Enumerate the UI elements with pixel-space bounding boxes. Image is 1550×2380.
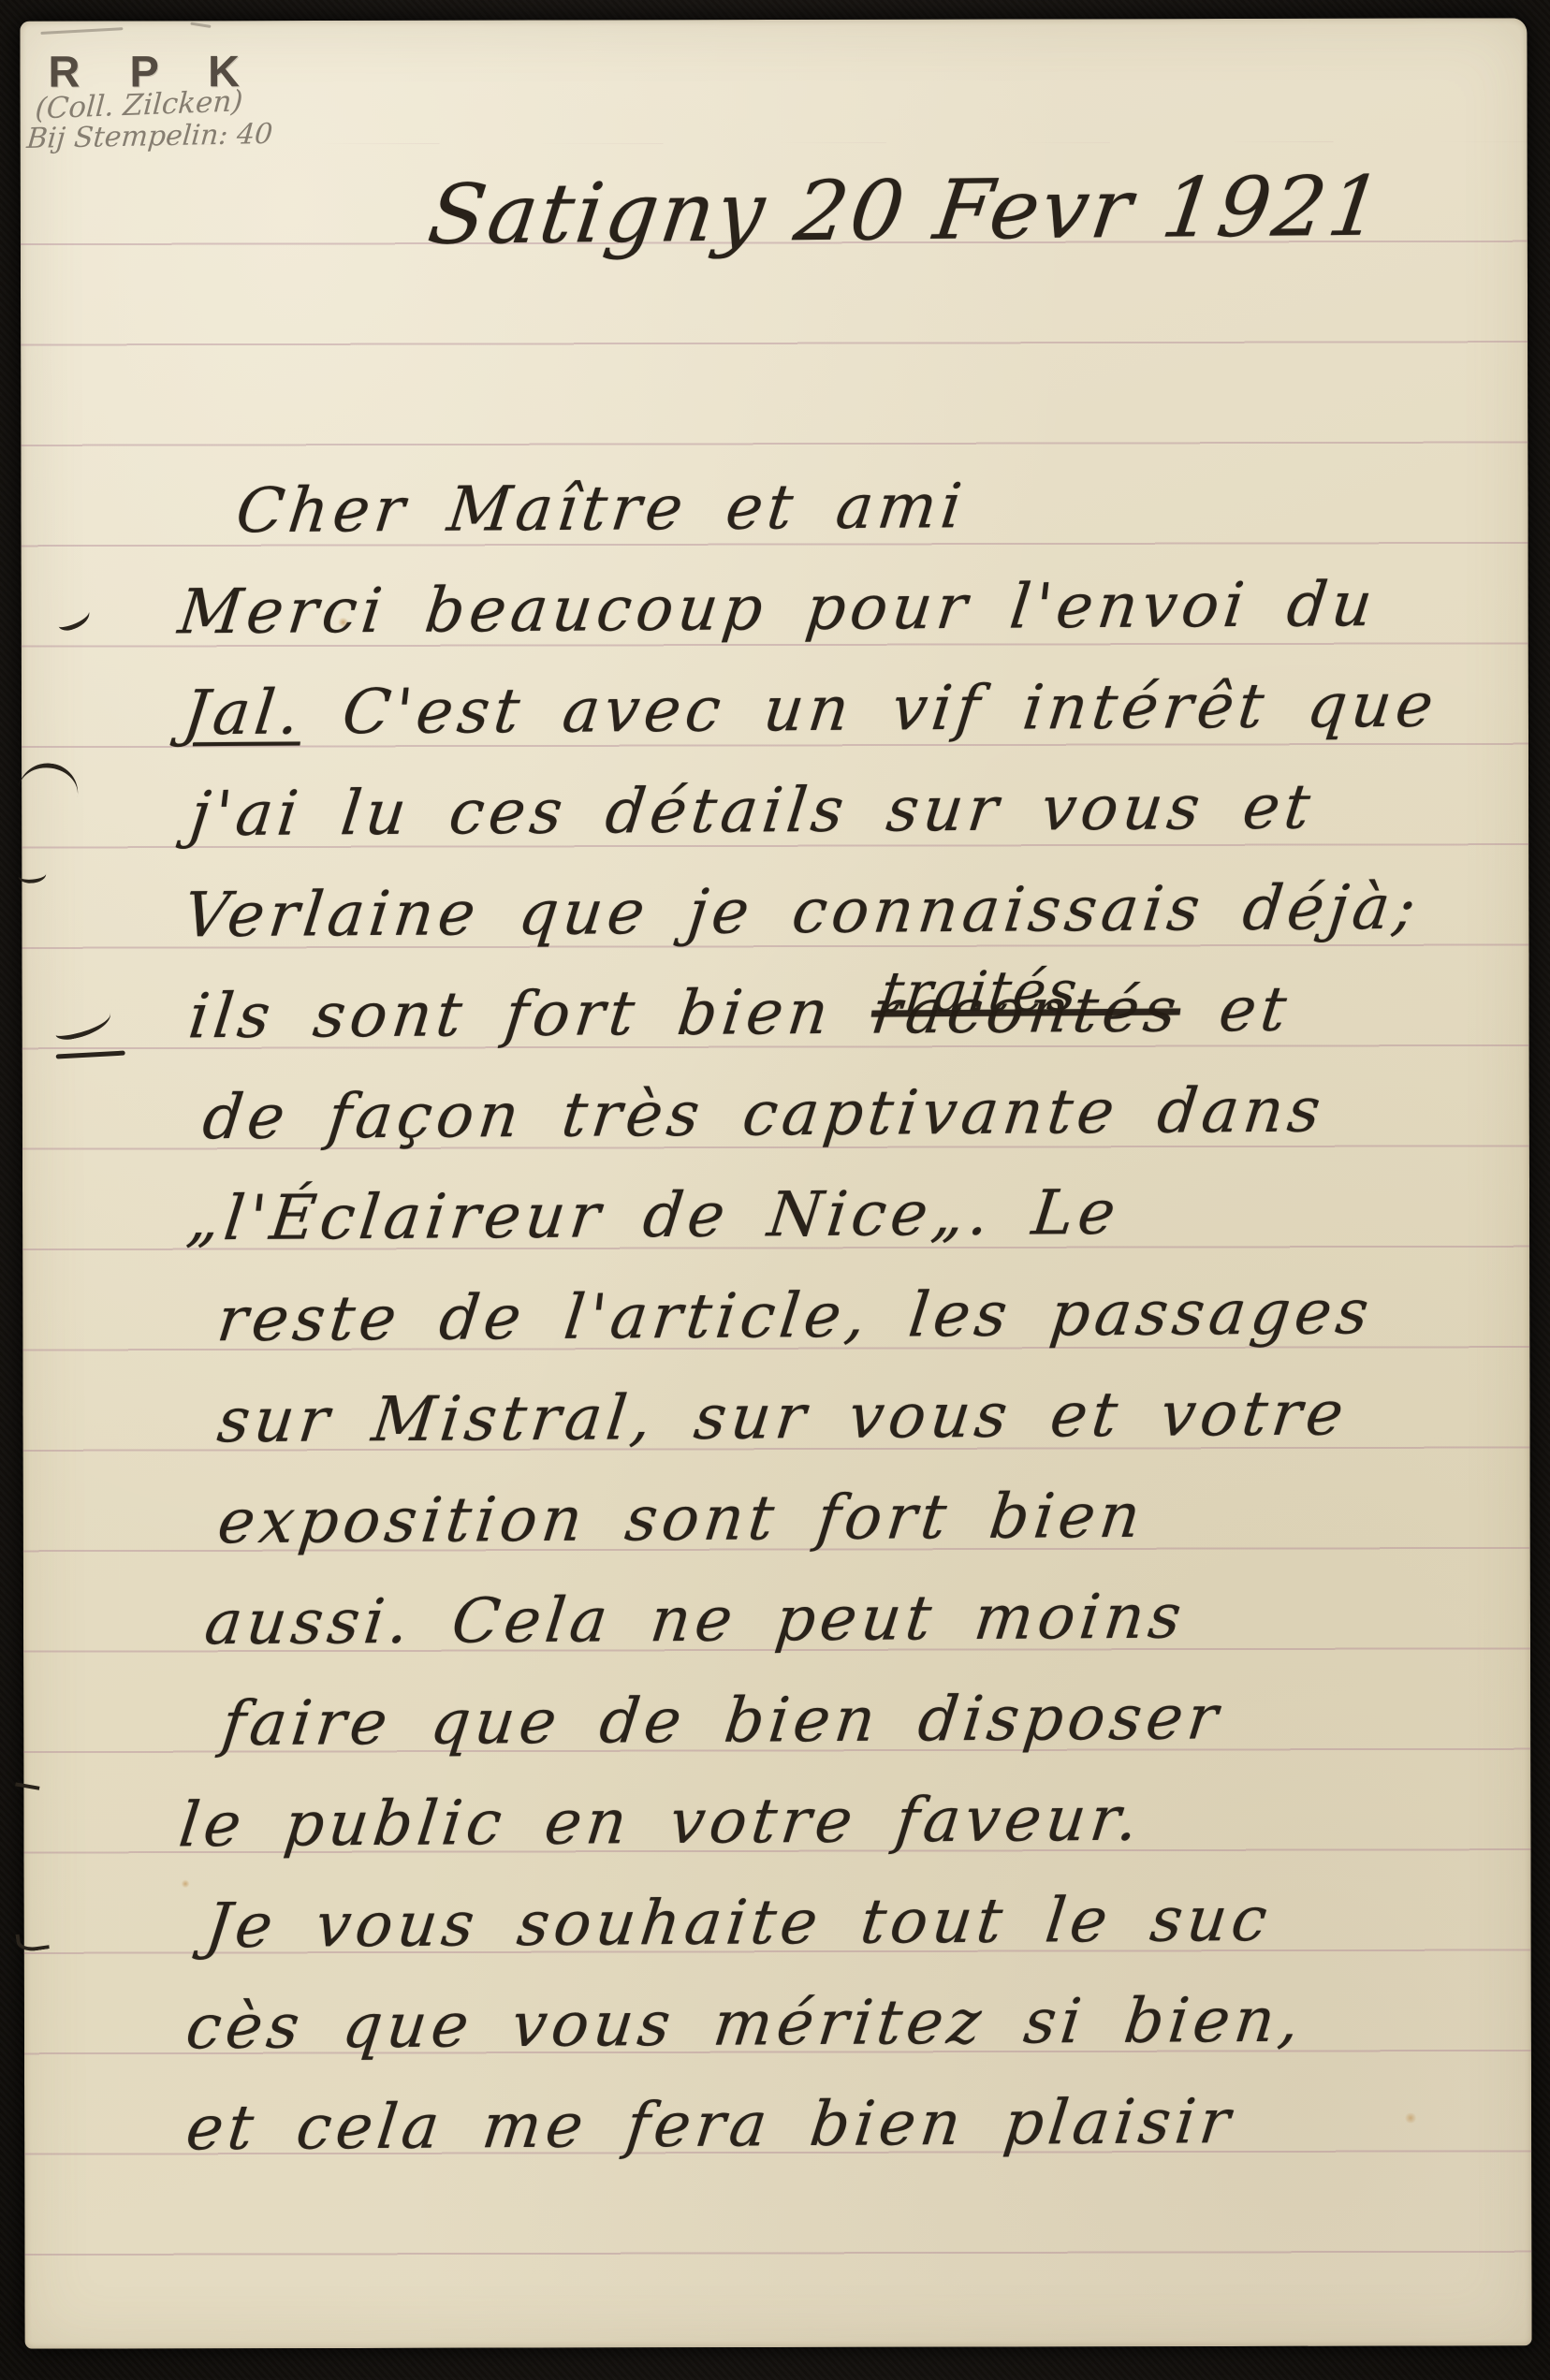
margin-ink-mark <box>54 604 93 634</box>
letter-text-segment: Je vous souhaite tout le suc <box>202 1883 1276 1962</box>
letter-line: Verlaine que je connaissais déjà; <box>180 871 1424 952</box>
letter-body: Cher Maître et amiMerci beaucoup pour l'… <box>171 18 1543 2348</box>
letter-text-segment: sur Mistral, sur vous et votre <box>214 1377 1353 1456</box>
letter-line: ils sont fort bien racontéstraités et <box>185 973 1295 1053</box>
letter-text-segment: et cela me fera bien plaisir <box>183 2085 1238 2164</box>
letter-line: le public en votre faveur. <box>176 1783 1147 1862</box>
pencil-stroke <box>40 27 123 35</box>
margin-ink-mark <box>56 1051 125 1059</box>
letter-text-segment: exposition sont fort bien <box>214 1480 1148 1557</box>
margin-ink-mark <box>18 865 47 884</box>
letter-text-segment: Merci beaucoup pour l'envoi du <box>175 568 1381 648</box>
foxing-spot <box>1404 2113 1417 2124</box>
margin-ink-mark <box>18 759 81 799</box>
letter-line: Merci beaucoup pour l'envoi du <box>175 568 1381 648</box>
letter-line: „l'Éclaireur de Nice„. Le <box>183 1176 1123 1254</box>
letter-text-segment: ils sont fort bien <box>185 976 876 1053</box>
underlined-word: Jal. <box>180 676 308 749</box>
margin-ink-mark <box>15 1930 49 1953</box>
letter-line: cès que vous méritez si bien, <box>183 1984 1308 2064</box>
letter-text-segment: le public en votre faveur. <box>176 1783 1147 1862</box>
letter-text-segment: faire que de bien disposer <box>218 1681 1226 1759</box>
margin-ink-mark <box>51 1005 113 1042</box>
foxing-spot <box>338 618 349 627</box>
foxing-spot <box>182 1879 190 1888</box>
letter-line: reste de l'article, les passages <box>213 1276 1377 1355</box>
letter-text-segment: reste de l'article, les passages <box>213 1276 1377 1355</box>
letter-text-segment: C'est avec un vif intérêt que <box>300 669 1441 749</box>
letter-text-segment: et <box>1177 973 1295 1046</box>
margin-ink-mark <box>15 1772 41 1790</box>
photo-background: R P K (Coll. Zilcken) Bij Stempelin: 40 … <box>0 0 1550 2380</box>
letter-line: exposition sont fort bien <box>214 1480 1148 1557</box>
letter-page: R P K (Coll. Zilcken) Bij Stempelin: 40 … <box>20 18 1531 2348</box>
letter-text-segment: j'ai lu ces détails sur vous et <box>186 771 1318 851</box>
letter-text-segment: cès que vous méritez si bien, <box>183 1984 1308 2064</box>
letter-text-segment: „l'Éclaireur de Nice„. Le <box>183 1176 1123 1254</box>
struck-out-word: racontéstraités <box>868 973 1185 1047</box>
letter-text-segment: de façon très captivante dans <box>199 1074 1329 1154</box>
letter-line: Jal. C'est avec un vif intérêt que <box>180 669 1441 750</box>
letter-text-segment: Verlaine que je connaissais déjà; <box>180 871 1424 952</box>
letter-line: Je vous souhaite tout le suc <box>202 1883 1276 1962</box>
letter-line: faire que de bien disposer <box>218 1681 1226 1759</box>
letter-salutation: Cher Maître et ami <box>233 470 971 547</box>
letter-line: et cela me fera bien plaisir <box>183 2085 1238 2164</box>
letter-line: j'ai lu ces détails sur vous et <box>186 771 1318 851</box>
letter-text-segment: Cher Maître et ami <box>233 470 971 547</box>
correction-word: traités <box>878 959 1082 1025</box>
letter-line: aussi. Cela ne peut moins <box>201 1581 1190 1659</box>
letter-text-segment: aussi. Cela ne peut moins <box>201 1581 1190 1659</box>
letter-line: de façon très captivante dans <box>199 1074 1329 1154</box>
letter-line: sur Mistral, sur vous et votre <box>214 1377 1353 1456</box>
